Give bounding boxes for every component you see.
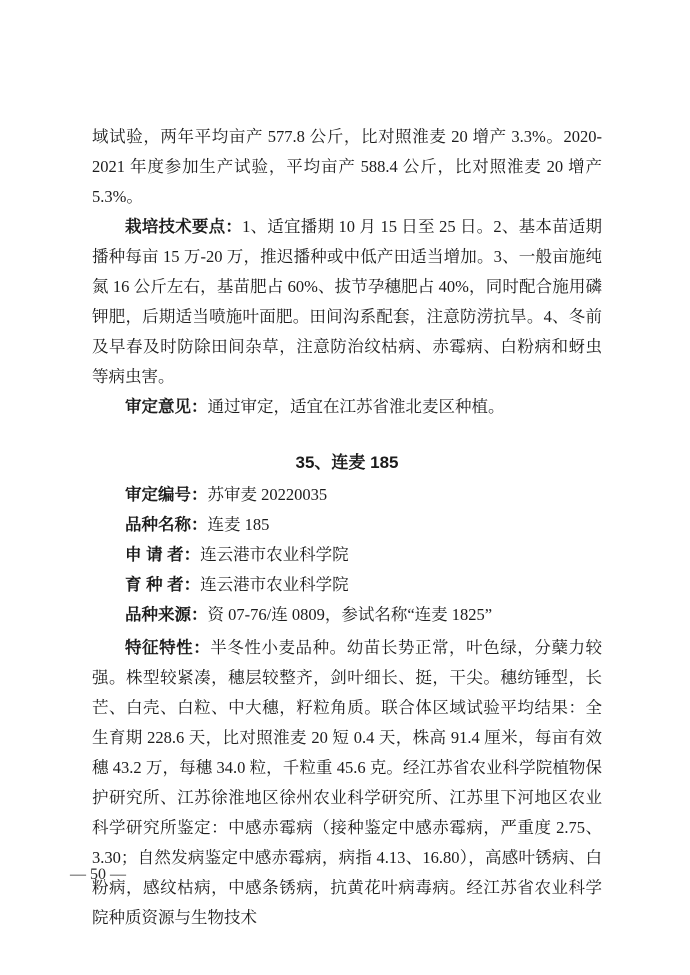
field-variety-origin-value: 资 07-76/连 0809，参试名称“连麦 1825”	[208, 605, 493, 624]
field-breeder: 育 种 者：连云港市农业科学院	[92, 570, 602, 600]
cultivation-techniques-text: 1、适宜播期 10 月 15 日至 25 日。2、基本苗适期播种每亩 15 万-…	[92, 217, 602, 386]
field-variety-origin: 品种来源：资 07-76/连 0809，参试名称“连麦 1825”	[92, 600, 602, 630]
field-applicant-label: 申 请 者：	[125, 546, 200, 564]
field-variety-name-value: 连麦 185	[208, 515, 270, 534]
field-approval-number-value: 苏审麦 20220035	[208, 485, 328, 504]
cultivation-techniques-label: 栽培技术要点：	[125, 218, 242, 236]
field-breeder-label: 育 种 者：	[125, 576, 200, 594]
page-body: 域试验，两年平均亩产 577.8 公斤，比对照淮麦 20 增产 3.3%。202…	[92, 122, 602, 933]
paragraph-cultivation-techniques: 栽培技术要点：1、适宜播期 10 月 15 日至 25 日。2、基本苗适期播种每…	[92, 212, 602, 392]
field-variety-name-label: 品种名称：	[125, 516, 208, 534]
paragraph-characteristics: 特征特性：半冬性小麦品种。幼苗长势正常，叶色绿，分蘖力较强。株型较紧凑，穗层较整…	[92, 633, 602, 933]
field-breeder-value: 连云港市农业科学院	[200, 575, 349, 594]
characteristics-text: 半冬性小麦品种。幼苗长势正常，叶色绿，分蘖力较强。株型较紧凑，穗层较整齐，剑叶细…	[92, 638, 602, 927]
paragraph-approval-opinion: 审定意见：通过审定，适宜在江苏省淮北麦区种植。	[92, 392, 602, 422]
field-applicant: 申 请 者：连云港市农业科学院	[92, 540, 602, 570]
paragraph-yield-continuation: 域试验，两年平均亩产 577.8 公斤，比对照淮麦 20 增产 3.3%。202…	[92, 122, 602, 212]
characteristics-label: 特征特性：	[125, 639, 210, 657]
approval-opinion-label: 审定意见：	[125, 398, 208, 416]
paragraph-yield-continuation-text: 域试验，两年平均亩产 577.8 公斤，比对照淮麦 20 增产 3.3%。202…	[92, 127, 602, 206]
page-number: — 50 —	[70, 860, 126, 890]
field-applicant-value: 连云港市农业科学院	[200, 545, 349, 564]
field-variety-origin-label: 品种来源：	[125, 606, 208, 624]
field-approval-number: 审定编号：苏审麦 20220035	[92, 480, 602, 510]
field-variety-name: 品种名称：连麦 185	[92, 510, 602, 540]
approval-opinion-text: 通过审定，适宜在江苏省淮北麦区种植。	[208, 397, 505, 416]
section-heading-variety-35: 35、连麦 185	[92, 448, 602, 478]
field-approval-number-label: 审定编号：	[125, 486, 208, 504]
document-page: 域试验，两年平均亩产 577.8 公斤，比对照淮麦 20 增产 3.3%。202…	[0, 0, 690, 975]
